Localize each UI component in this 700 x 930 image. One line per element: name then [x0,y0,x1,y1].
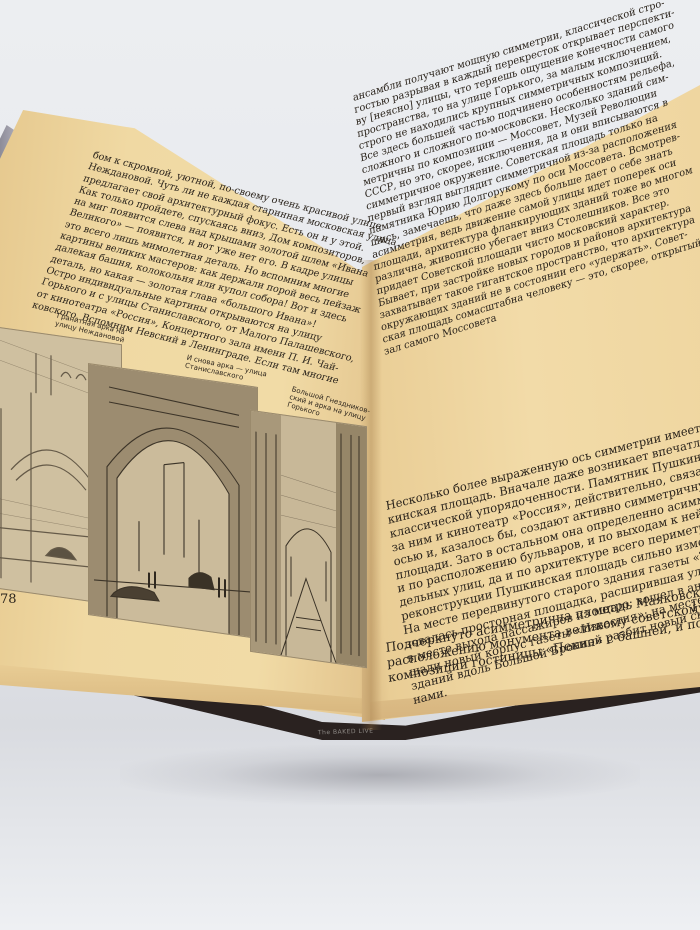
illustration-arch-stanislavskogo [88,363,258,639]
page-number-left: 78 [0,592,17,607]
page-number-right: 1 [690,600,698,615]
book-shadow [120,745,640,805]
photo-scene: The BAKED LIVE бом к скромной, уютной, п… [0,0,700,930]
illustration-gnezdnikovsky-arch [250,410,367,668]
